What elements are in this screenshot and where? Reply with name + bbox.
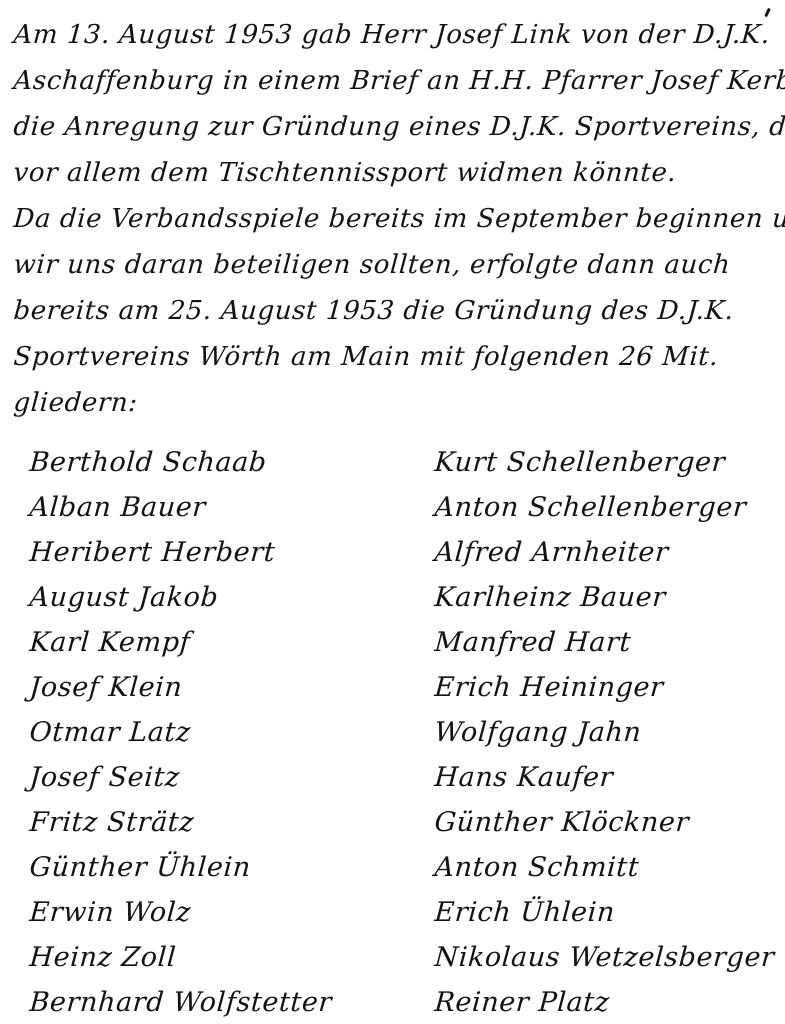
text-line: gliedern: xyxy=(12,380,778,426)
member-name: Erich Ühlein xyxy=(433,890,778,935)
member-name: Karlheinz Bauer xyxy=(433,575,778,620)
handwritten-document-page: Am 13. August 1953 gab Herr Josef Link v… xyxy=(0,0,785,1024)
member-name: Erwin Wolz xyxy=(28,890,436,935)
paragraph-founding-suggestion: Am 13. August 1953 gab Herr Josef Link v… xyxy=(12,12,775,196)
member-name: Josef Klein xyxy=(28,665,436,710)
member-name: Günther Klöckner xyxy=(433,800,778,845)
text-line: die Anregung zur Gründung eines D.J.K. S… xyxy=(12,104,778,150)
member-name: Reiner Platz xyxy=(433,980,778,1024)
member-name: Bernhard Wolfstetter xyxy=(28,980,436,1024)
member-name: Heribert Herbert xyxy=(28,530,436,575)
member-column-left: Berthold Schaab Alban Bauer Heribert Her… xyxy=(28,440,433,1024)
member-name: Otmar Latz xyxy=(28,710,436,755)
member-name: Anton Schmitt xyxy=(433,845,778,890)
member-name: Wolfgang Jahn xyxy=(433,710,778,755)
member-name: Anton Schellenberger xyxy=(433,485,778,530)
text-line: Da die Verbandsspiele bereits im Septemb… xyxy=(12,196,778,242)
paragraph-founding-event: Da die Verbandsspiele bereits im Septemb… xyxy=(12,196,775,426)
member-name: Heinz Zoll xyxy=(28,935,436,980)
member-name: Hans Kaufer xyxy=(433,755,778,800)
founding-members-list: Berthold Schaab Alban Bauer Heribert Her… xyxy=(12,440,775,1024)
member-name: Josef Seitz xyxy=(28,755,436,800)
text-line: Aschaffenburg in einem Brief an H.H. Pfa… xyxy=(12,58,778,104)
member-name: Nikolaus Wetzelsberger xyxy=(433,935,778,980)
text-line: bereits am 25. August 1953 die Gründung … xyxy=(12,288,778,334)
member-name: Berthold Schaab xyxy=(28,440,436,485)
member-name: Fritz Strätz xyxy=(28,800,436,845)
member-name: Kurt Schellenberger xyxy=(433,440,778,485)
text-line: vor allem dem Tischtennissport widmen kö… xyxy=(12,150,778,196)
member-name: August Jakob xyxy=(28,575,436,620)
text-line: Sportvereins Wörth am Main mit folgenden… xyxy=(12,334,778,380)
member-name: Manfred Hart xyxy=(433,620,778,665)
text-line: wir uns daran beteiligen sollten, erfolg… xyxy=(12,242,778,288)
member-name: Erich Heininger xyxy=(433,665,778,710)
text-line: Am 13. August 1953 gab Herr Josef Link v… xyxy=(12,12,778,58)
member-name: Günther Ühlein xyxy=(28,845,436,890)
member-name: Alfred Arnheiter xyxy=(433,530,778,575)
member-column-right: Kurt Schellenberger Anton Schellenberger… xyxy=(433,440,775,1024)
member-name: Karl Kempf xyxy=(28,620,436,665)
member-name: Alban Bauer xyxy=(28,485,436,530)
